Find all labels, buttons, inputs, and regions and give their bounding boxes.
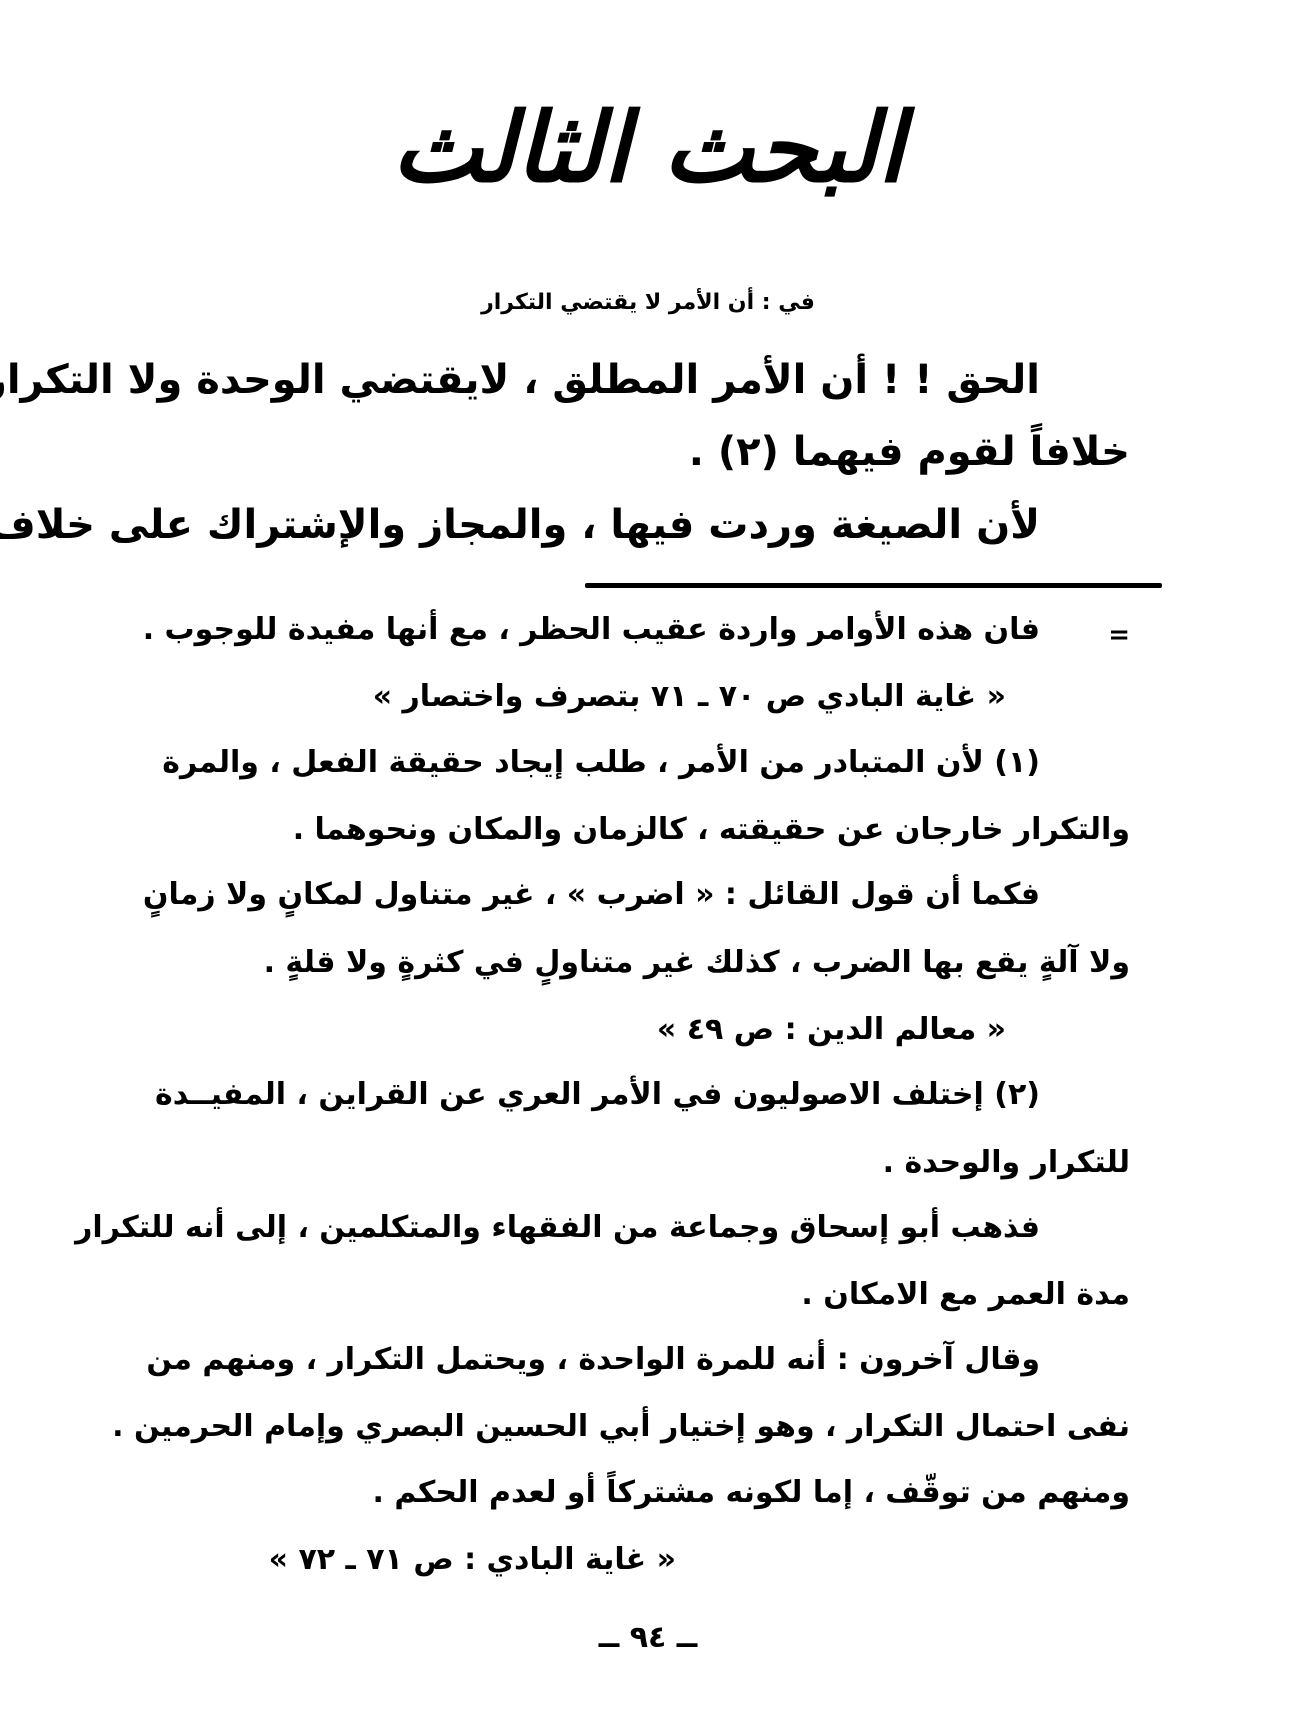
- page-number: ــ ٩٤ ــ: [0, 1620, 1296, 1655]
- footnote-continuation-line-1: فان هذه الأوامر واردة عقيب الحظر ، مع أن…: [143, 615, 1040, 645]
- footnote-1-source: « معالم الدين : ص ٤٩ »: [657, 1015, 1006, 1045]
- footnote-1-line-2: والتكرار خارجان عن حقيقته ، كالزمان والم…: [293, 815, 1130, 845]
- main-text-line-1: الحق ! ! أن الأمر المطلق ، لايقتضي الوحد…: [0, 360, 1040, 400]
- chapter-subtitle: في : أن الأمر لا يقتضي التكرار: [0, 290, 1296, 315]
- footnote-2-line-5: وقال آخرون : أنه للمرة الواحدة ، ويحتمل …: [146, 1345, 1040, 1375]
- footnote-2-source: « غاية البادي : ص ٧١ ـ ٧٢ »: [269, 1545, 676, 1575]
- footnote-2-line-6: نفى احتمال التكرار ، وهو إختيار أبي الحس…: [112, 1412, 1130, 1442]
- footnote-1-line-3: فكما أن قول القائل : « اضرب » ، غير متنا…: [143, 880, 1040, 910]
- footnote-1-line-1: (١) لأن المتبادر من الأمر ، طلب إيجاد حق…: [162, 748, 1040, 778]
- chapter-title: البحث الثالث: [0, 95, 1296, 201]
- footnote-2-line-7: ومنهم من توقّف ، إما لكونه مشتركاً أو لع…: [373, 1478, 1130, 1508]
- main-text-line-3: لأن الصيغة وردت فيها ، والمجاز والإشتراك…: [0, 505, 1040, 545]
- footnote-2-line-3: فذهب أبو إسحاق وجماعة من الفقهاء والمتكل…: [75, 1213, 1040, 1243]
- footnote-divider: [585, 583, 1162, 588]
- main-text-line-2: خلافاً لقوم فيهما (٢) .: [689, 432, 1130, 472]
- footnote-1-line-4: ولا آلةٍ يقع بها الضرب ، كذلك غير متناول…: [264, 948, 1130, 978]
- footnote-2-line-4: مدة العمر مع الامكان .: [801, 1280, 1130, 1310]
- book-page: البحث الثالث في : أن الأمر لا يقتضي التك…: [0, 0, 1296, 1731]
- footnote-2-line-2: للتكرار والوحدة .: [883, 1148, 1130, 1178]
- footnote-continuation-source: « غاية البادي ص ٧٠ ـ ٧١ بتصرف واختصار »: [373, 682, 1006, 712]
- footnote-2-line-1: (٢) إختلف الاصوليون في الأمر العري عن ال…: [155, 1080, 1040, 1110]
- continuation-marker: =: [1108, 620, 1130, 650]
